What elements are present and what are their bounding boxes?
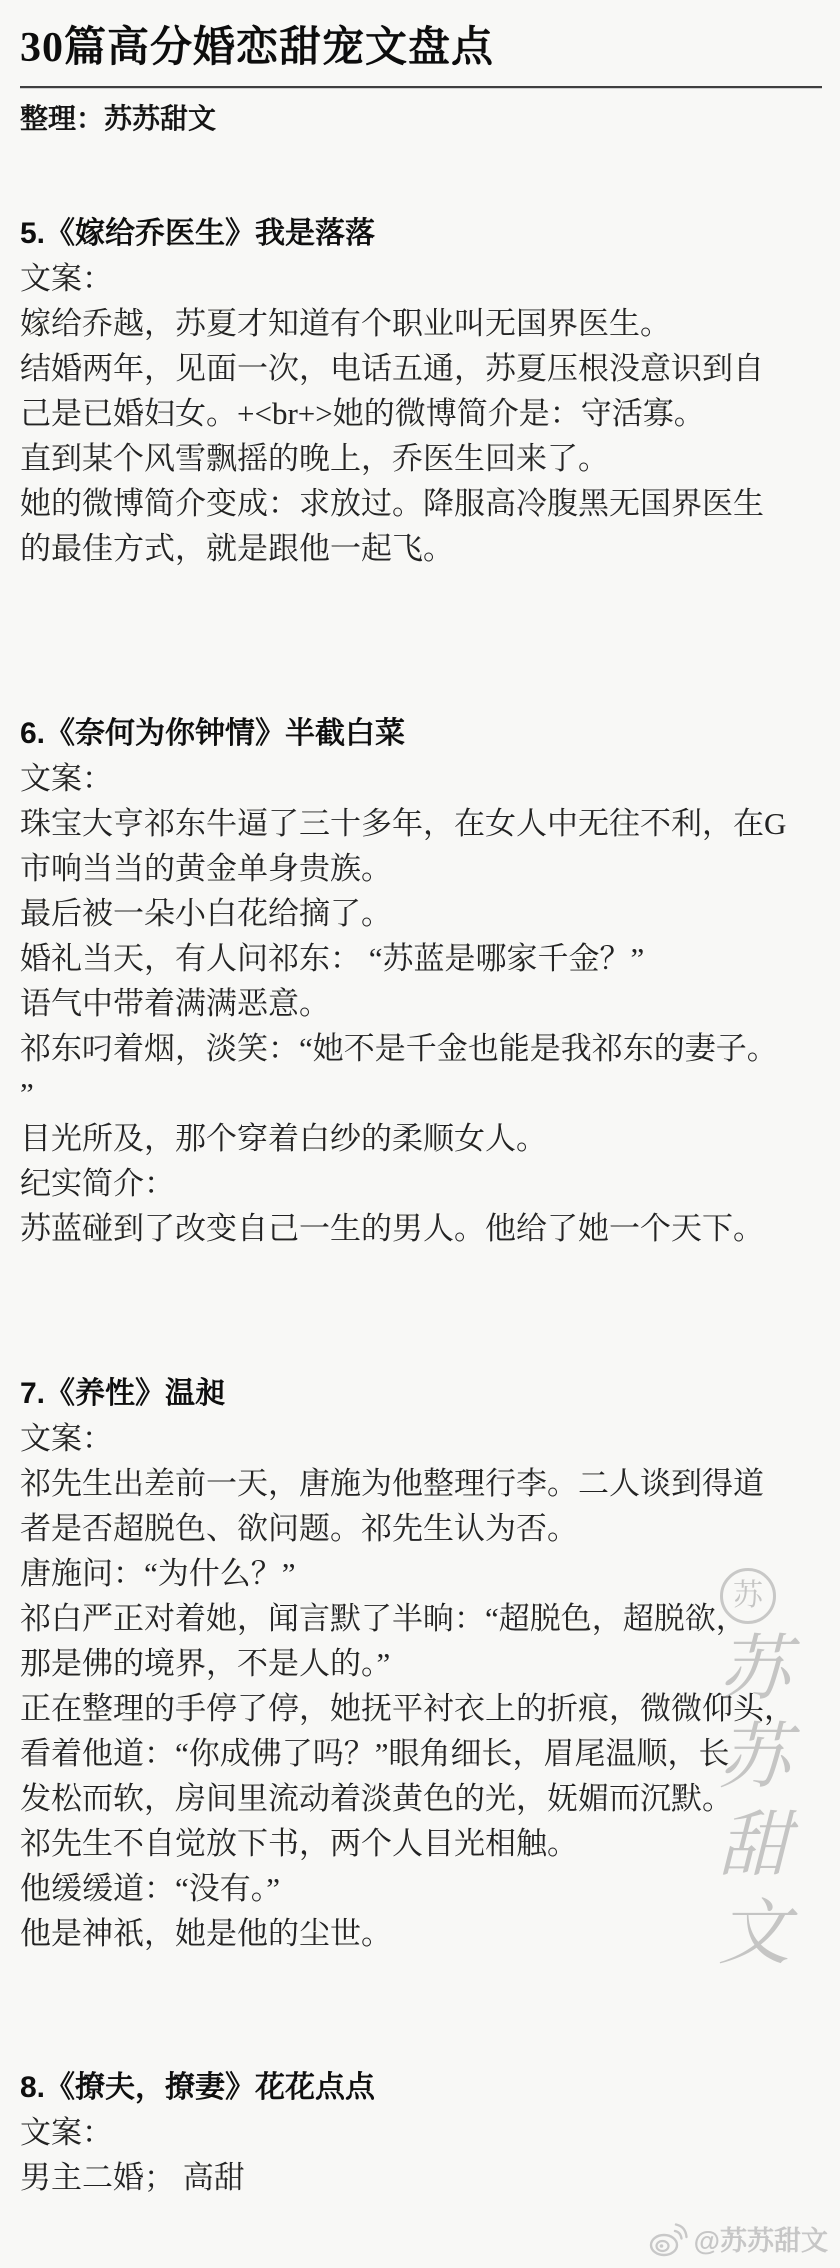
book-section-8: 8.《撩夫，撩妻》花花点点 文案： 男主二婚； 高甜: [20, 2065, 822, 2200]
text-line: 他缓缓道：“没有。”: [20, 1866, 822, 1911]
text-line: 那是佛的境界，不是人的。”: [20, 1641, 822, 1686]
text-line: 婚礼当天，有人问祁东： “苏蓝是哪家千金？”: [20, 936, 822, 981]
book-heading: 7.《养性》温昶: [20, 1371, 822, 1416]
text-line: 唐施问：“为什么？”: [20, 1551, 822, 1596]
title-divider: [20, 86, 822, 89]
text-line: 男主二婚； 高甜: [20, 2155, 822, 2200]
weibo-handle: @苏苏甜文: [694, 2219, 828, 2258]
text-line: 祁东叼着烟，淡笑：“她不是千金也能是我祁东的妻子。: [20, 1026, 822, 1071]
text-line: 市响当当的黄金单身贵族。: [20, 846, 822, 891]
text-line: 她的微博简介变成：求放过。降服高冷腹黑无国界医生: [20, 481, 822, 526]
book-heading: 5.《嫁给乔医生》我是落落: [20, 211, 822, 256]
text-line: ”: [20, 1071, 822, 1116]
text-line: 祁白严正对着她，闻言默了半晌：“超脱色，超脱欲，: [20, 1596, 822, 1641]
text-line: 嫁给乔越，苏夏才知道有个职业叫无国界医生。: [20, 301, 822, 346]
text-line: 己是已婚妇女。+<br+>她的微博简介是：守活寡。: [20, 391, 822, 436]
text-line: 他是神祇，她是他的尘世。: [20, 1911, 822, 1956]
book-heading: 8.《撩夫，撩妻》花花点点: [20, 2065, 822, 2110]
compiler-line: 整理：苏苏甜文: [20, 103, 822, 137]
text-line: 纪实简介：: [20, 1161, 822, 1206]
text-line: 最后被一朵小白花给摘了。: [20, 891, 822, 936]
text-line: 文案：: [20, 256, 822, 301]
book-section-5: 5.《嫁给乔医生》我是落落 文案： 嫁给乔越，苏夏才知道有个职业叫无国界医生。 …: [20, 211, 822, 571]
text-line: 正在整理的手停了停，她抚平衬衣上的折痕，微微仰头，: [20, 1686, 822, 1731]
text-line: 祁先生不自觉放下书，两个人目光相触。: [20, 1821, 822, 1866]
text-line: 苏蓝碰到了改变自己一生的男人。他给了她一个天下。: [20, 1206, 822, 1251]
text-line: 文案：: [20, 756, 822, 801]
book-heading: 6.《奈何为你钟情》半截白菜: [20, 711, 822, 756]
text-line: 看着他道：“你成佛了吗？”眼角细长，眉尾温顺，长: [20, 1731, 822, 1776]
weibo-watermark: @苏苏甜文: [648, 2219, 828, 2258]
text-line: 珠宝大亨祁东牛逼了三十多年，在女人中无往不利，在G: [20, 801, 822, 846]
text-line: 祁先生出差前一天，唐施为他整理行李。二人谈到得道: [20, 1461, 822, 1506]
text-line: 的最佳方式，就是跟他一起飞。: [20, 526, 822, 571]
book-section-7: 7.《养性》温昶 文案： 祁先生出差前一天，唐施为他整理行李。二人谈到得道 者是…: [20, 1371, 822, 1956]
page: 30篇高分婚恋甜宠文盘点 整理：苏苏甜文 5.《嫁给乔医生》我是落落 文案： 嫁…: [0, 0, 840, 2268]
header: 30篇高分婚恋甜宠文盘点 整理：苏苏甜文: [20, 0, 822, 137]
text-line: 发松而软，房间里流动着淡黄色的光，妩媚而沉默。: [20, 1776, 822, 1821]
text-line: 文案：: [20, 2110, 822, 2155]
text-line: 目光所及，那个穿着白纱的柔顺女人。: [20, 1116, 822, 1161]
text-line: 文案：: [20, 1416, 822, 1461]
text-line: 语气中带着满满恶意。: [20, 981, 822, 1026]
book-section-6: 6.《奈何为你钟情》半截白菜 文案： 珠宝大亨祁东牛逼了三十多年，在女人中无往不…: [20, 711, 822, 1251]
page-title: 30篇高分婚恋甜宠文盘点: [20, 0, 822, 74]
text-line: 直到某个风雪飘摇的晚上，乔医生回来了。: [20, 436, 822, 481]
weibo-logo-icon: [648, 2220, 690, 2258]
text-line: 结婚两年，见面一次，电话五通，苏夏压根没意识到自: [20, 346, 822, 391]
text-line: 者是否超脱色、欲问题。祁先生认为否。: [20, 1506, 822, 1551]
